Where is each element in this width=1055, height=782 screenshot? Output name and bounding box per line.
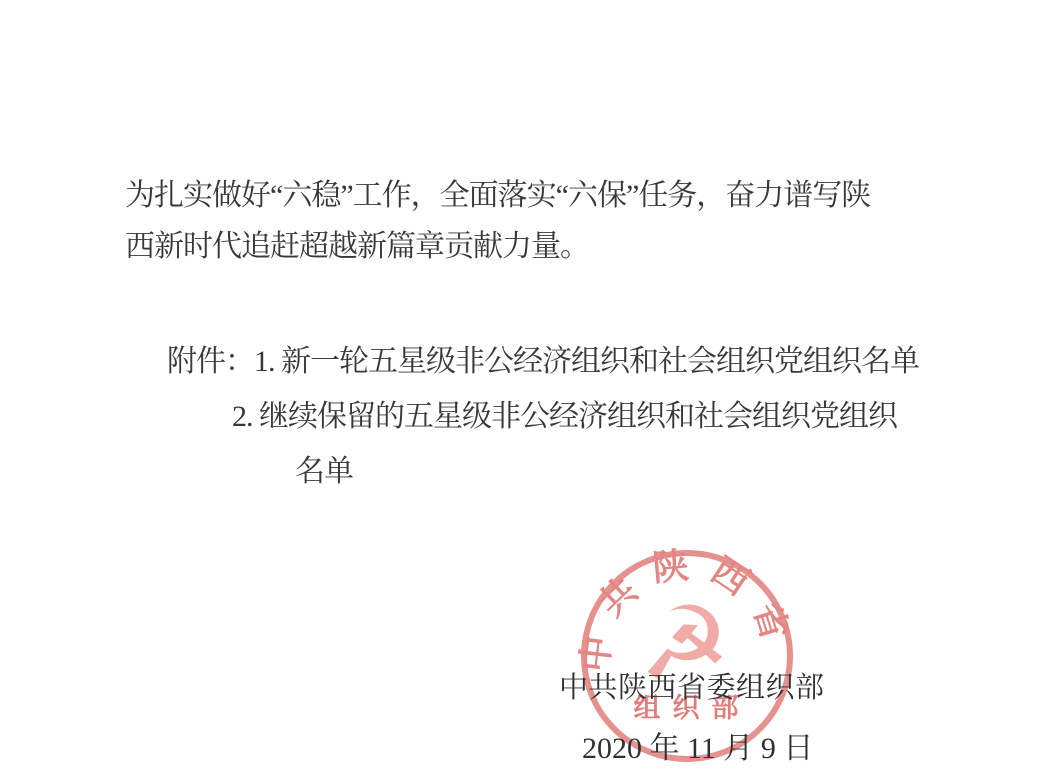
body-paragraph: 为扎实做好“六稳”工作，全面落实“六保”任务，奋力谱写陕 西新时代追赶超越新篇章… [125, 170, 970, 272]
attachment-list-line-3: 名单 [295, 446, 353, 490]
attachment-list-line-1: 附件：1. 新一轮五星级非公经济组织和社会组织党组织名单 [167, 336, 919, 380]
issue-date: 2020 年 11 月 9 日 [582, 723, 813, 767]
attachment-list-line-2: 2. 继续保留的五星级非公经济组织和社会组织党组织 [232, 391, 897, 435]
issuer-signature: 中共陕西省委组织部 [559, 665, 825, 706]
scanned-document-page: 为扎实做好“六稳”工作，全面落实“六保”任务，奋力谱写陕 西新时代追赶超越新篇章… [0, 0, 1055, 782]
